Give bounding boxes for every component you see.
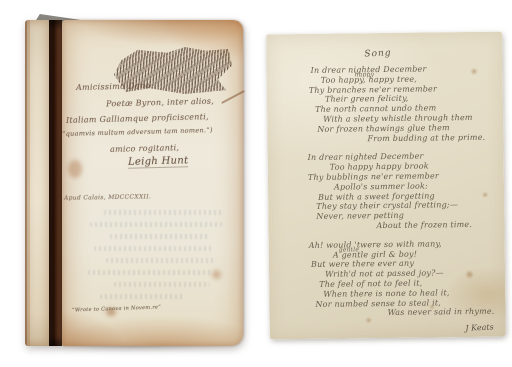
inscription-line: amico rogitanti, xyxy=(110,143,180,154)
stanza-1: In drear nighted December happyToo happy… xyxy=(307,64,498,145)
poem-line: Was never said in rhyme. xyxy=(388,307,500,318)
stanza-2: In drear nighted December Too happy happ… xyxy=(308,151,499,232)
keats-autograph-manuscript: Song In drear nighted December happyToo … xyxy=(266,32,506,340)
inscription-line: Amicissimo Dono xyxy=(76,81,151,92)
show-through-ghost-text xyxy=(80,210,230,306)
leigh-hunt-signature: Leigh Hunt xyxy=(128,155,189,169)
poem-line: About the frozen time. xyxy=(376,220,498,231)
book-spine-gutter xyxy=(49,20,62,346)
inserted-word: gentle xyxy=(339,245,359,255)
inscription-line: Poetæ Byron, inter alios, xyxy=(106,97,214,109)
keats-signature: J Keats xyxy=(310,323,494,341)
stanza-3: Ah! would 'twere so with many, gentleA g… xyxy=(309,238,500,319)
poem: Song In drear nighted December happyToo … xyxy=(306,46,500,337)
inscription-line: “quamvis multum adversum tam nomen.”) xyxy=(62,126,213,138)
book-inner-cover xyxy=(25,20,49,346)
open-book: Amicissimo Dono Poetæ Byron, inter alios… xyxy=(25,20,243,346)
inserted-word: happy xyxy=(355,70,375,80)
poem-title: Song xyxy=(364,43,496,59)
inscription-date: Apud Calais, MDCCCXXII. xyxy=(64,193,151,202)
inscription-line: Italiam Galliamque proficiscenti, xyxy=(66,112,209,125)
photograph: Amicissimo Dono Poetæ Byron, inter alios… xyxy=(0,0,512,367)
inscribed-endpaper: Amicissimo Dono Poetæ Byron, inter alios… xyxy=(62,20,243,346)
poem-line: From budding at the prime. xyxy=(367,132,497,143)
